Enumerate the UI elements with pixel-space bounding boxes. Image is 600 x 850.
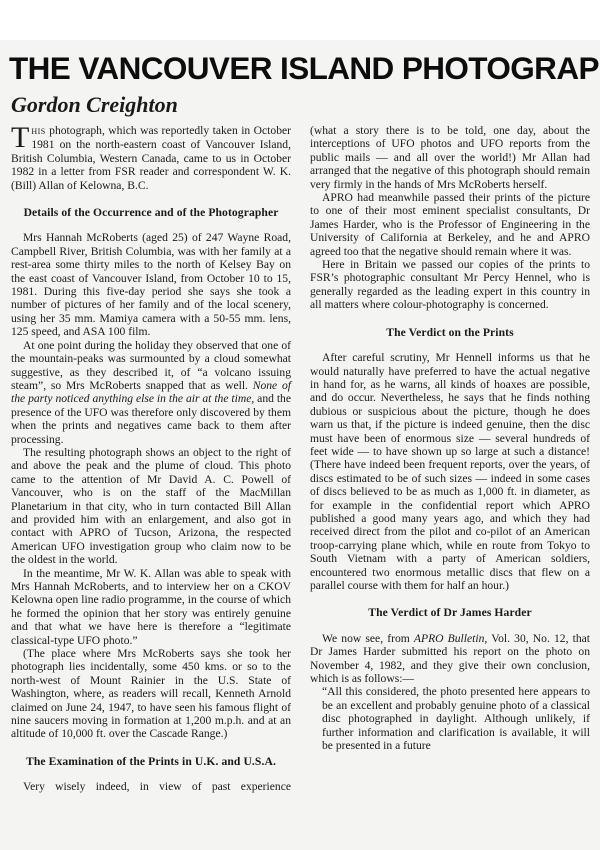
article-title: THE VANCOUVER ISLAND PHOTOGRAPH	[9, 50, 600, 87]
italic-text: APRO Bulletin,	[414, 632, 487, 645]
paragraph: After careful scrutiny, Mr Hennell infor…	[310, 351, 590, 592]
paragraph: (The place where Mrs McRoberts says she …	[11, 647, 291, 741]
text-run: At one point during the holiday they obs…	[11, 339, 291, 392]
paragraph: (what a story there is to be told, one d…	[310, 124, 590, 191]
intro-text: photograph, which was reportedly taken i…	[11, 124, 291, 192]
drop-cap: T	[11, 126, 29, 150]
magazine-page: THE VANCOUVER ISLAND PHOTOGRAPH Gordon C…	[0, 40, 600, 850]
block-quote: “All this considered, the photo presente…	[310, 685, 590, 752]
paragraph: In the meantime, Mr W. K. Allan was able…	[11, 567, 291, 647]
text-run: We now see, from	[322, 632, 414, 645]
article-author: Gordon Creighton	[11, 92, 178, 118]
paragraph: Here in Britain we passed our copies of …	[310, 258, 590, 312]
paragraph: The resulting photograph shows an object…	[11, 446, 291, 567]
right-column: (what a story there is to be told, one d…	[310, 124, 590, 752]
paragraph: APRO had meanwhile passed their prints o…	[310, 191, 590, 258]
section-heading-examination: The Examination of the Prints in U.K. an…	[11, 755, 291, 768]
paragraph: Very wisely indeed, in view of past expe…	[11, 780, 291, 793]
left-column: This photograph, which was reportedly ta…	[11, 124, 291, 794]
section-heading-verdict-harder: The Verdict of Dr James Harder	[310, 606, 590, 619]
section-heading-occurrence: Details of the Occurrence and of the Pho…	[11, 206, 291, 219]
section-heading-verdict-prints: The Verdict on the Prints	[310, 326, 590, 339]
intro-smallcaps: his	[31, 127, 45, 136]
intro-paragraph: This photograph, which was reportedly ta…	[11, 124, 291, 192]
paragraph: We now see, from APRO Bulletin, Vol. 30,…	[310, 632, 590, 686]
paragraph: Mrs Hannah McRoberts (aged 25) of 247 Wa…	[11, 231, 291, 338]
paragraph: At one point during the holiday they obs…	[11, 339, 291, 446]
